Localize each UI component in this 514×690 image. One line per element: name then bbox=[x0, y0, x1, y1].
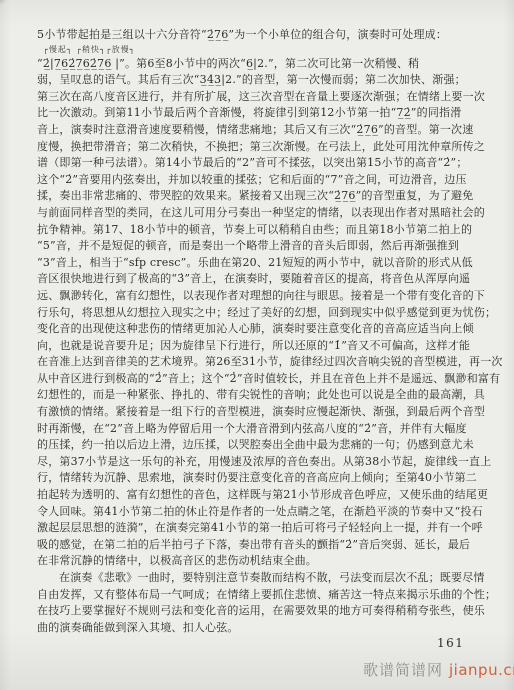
text-line: 音上，演奏时注意滑音速度要稍慢，情绪悲痛地；其后又有三次“2̲̇7̲6̲”的音型… bbox=[37, 122, 483, 139]
text-line: 自由发挥，又有整体布局一气呵成；在情绪上要抓住悲愤、痛苦这一特点来揭示乐曲的个性… bbox=[37, 587, 483, 604]
text-line: “5”音，并不是短促的顿音，而是奏出一个略带上滑音的音头后即弱，然后再渐强推到 bbox=[37, 238, 483, 255]
watermark-site-url: jianpu.cn bbox=[449, 661, 514, 679]
watermark: 歌谱简谱网jianpu.cn bbox=[363, 659, 514, 680]
text-line: 远、飘渺转化，富有幻想性，以表现作者对理想的向往与眼思。接着是一个带有变化音的下 bbox=[37, 288, 483, 305]
text-line: 幻想性的，而是一种紧张、挣扎的、带有尖锐性的音响；此处也可以说是全曲的最高潮，具 bbox=[37, 387, 483, 404]
text-line: 激起层层思想的涟漪”，在演奏完第41小节的第一拍后可将弓子轻轻向上一提，并有一个… bbox=[37, 520, 483, 537]
text-line: 变化音的出现使这种悲伤的情绪更加沁人心肺，演奏时要注意变化音的音高应适当向上倾 bbox=[37, 321, 483, 338]
text-line: 弱，呈叹息的语气。其后有三次“3̲4̲3̲|2.”的音型，第一次慢而弱；第二次加… bbox=[37, 72, 483, 89]
text-line: 行，情绪转为沉静、思索地，演奏时仍要注意变化音的音高应向上倾向；至第40小节第二 bbox=[37, 470, 483, 487]
text-line: 比一次激动。到第11小节最后两个音渐慢，将旋律引到第12小节第一拍“7̲2̲̇”… bbox=[37, 105, 483, 122]
notation-line: “2̲̇|7̲6̲2̲̇7̲6̲2̲̇7̲6̲ |”。第6至8小节中的两次“6̲… bbox=[37, 56, 483, 73]
tempo-annotation-line: ┌慢起┐ ┌稍快┐┌放慢┐ bbox=[37, 44, 483, 56]
text-line: 拍起转为透明的、富有幻想性的音色，这样既与第21小节形成音色呼应，又使乐曲的结尾… bbox=[37, 487, 483, 504]
text-line: 吸的感觉，在第二拍的后半拍弓子下落，奏出带有音头的颤指“2̇”音后突弱、延长，最… bbox=[37, 537, 483, 554]
text-line: 尽，第37小节是这一乐句的补充，用慢速及浓厚的音色奏出。从第38小节起，旋律线一… bbox=[37, 454, 483, 471]
text-line: 令人回味。第41小节第二拍的休止符是作者的一处点睛之笔，在渐趋平淡的节奏中又“投… bbox=[37, 504, 483, 521]
text-line: 向，也就是说音要升足；因为旋律呈下行进行，所以还原的“1̇”音又不可偏高，这样才… bbox=[37, 338, 483, 355]
text-line: 第三次在高八度音区进行，并有所扩展，这三次音型在音量上要逐次渐强；在情绪上要一次 bbox=[37, 89, 483, 106]
text-line: 有激愤的情绪。紧接着是一组下行的音型模进，演奏时应慢起渐快、渐强，到最后两个音型 bbox=[37, 404, 483, 421]
text-line: 抗争精神。第17、18小节中的顿音，节奏上可以稍稍自由些；而且第18小节第二拍上… bbox=[37, 222, 483, 239]
text-line: 行乐句，将思想从幻想拉入现实之中；经过了美好的幻想，回到现实中似乎感觉到更为忧伤… bbox=[37, 305, 483, 322]
text-line: 与前面同样音型的类同，在这儿可用分弓奏出一种坚定的情绪，以表现出作者对黑暗社会的 bbox=[37, 205, 483, 222]
text-line: 在技巧上要掌握好不规则弓法和变化音的运用，在需要效果的地方可奏得稍稍夸张些，使乐 bbox=[37, 603, 483, 620]
text-line: 从中音区进行到极高的“2̇̇”音上；这个“2̇̇”音时值较长，并且在音色上并不是… bbox=[37, 371, 483, 388]
body-text: 5小节带起拍是三组以十六分音符“2̲̇7̲6̲”为一个小单位的组合句，演奏时可处… bbox=[37, 27, 483, 636]
text-line: “3”音上，相当于“sfp cresc”。乐曲在第20、21短短的两小节中，就以… bbox=[37, 255, 483, 272]
text-line: 谱（即第一种弓法谱）。第14小节最后的“2”音可不揉弦，以突出第15小节的高音“… bbox=[37, 155, 483, 172]
page-number: 161 bbox=[437, 636, 464, 650]
text-line: 度慢，换把带滑音；第二次稍快，不换把；第三次渐慢。在弓法上，此处可用沈仲章所传之 bbox=[37, 139, 483, 156]
paragraph-start-line: 在演奏《悲歌》一曲时，要特别注意节奏散而结构不散，弓法变而层次不乱；既要尽情 bbox=[37, 570, 483, 587]
scanned-book-page: 5小节带起拍是三组以十六分音符“2̲̇7̲6̲”为一个小单位的组合句，演奏时可处… bbox=[0, 0, 514, 690]
text-line: 在音准上达到音律美的艺术境界。第26至31小节，旋律经过四次音响尖锐的音型模进，… bbox=[37, 354, 483, 371]
text-line: 在非常沉静的情绪中，以极高音区的悲伤动机结束全曲。 bbox=[37, 553, 483, 570]
text-line: 揉，奏出非常悲痛的、带哭腔的效果来。紧接着又出现三次“2̲̇7̲6̲”的音型重复… bbox=[37, 188, 483, 205]
text-line: 5小节带起拍是三组以十六分音符“2̲̇7̲6̲”为一个小单位的组合句，演奏时可处… bbox=[37, 27, 483, 44]
text-line: 这个“2̇”音要用内弦奏出，并加以较重的揉弦；它和后面的“7”音之间，可边滑音，… bbox=[37, 172, 483, 189]
text-line: 的压揉，约一拍以后边上滑，边压揉，以哭腔奏出全曲中最为悲痛的一句；仍感到意尤未 bbox=[37, 437, 483, 454]
watermark-site-name: 歌谱简谱网 bbox=[363, 661, 443, 679]
text-line: 音区很快地进行到了极高的“3̇”音上，在演奏时，要随着音区的提高，将音色从浑厚向… bbox=[37, 271, 483, 288]
text-line: 时再渐慢，在“2”音上略为停留后用一个大滑音滑到内弦高八度的“2̇”音，并伴有大… bbox=[37, 421, 483, 438]
text-line: 曲的演奏确能做到深入其境、扣人心弦。 bbox=[37, 620, 483, 637]
